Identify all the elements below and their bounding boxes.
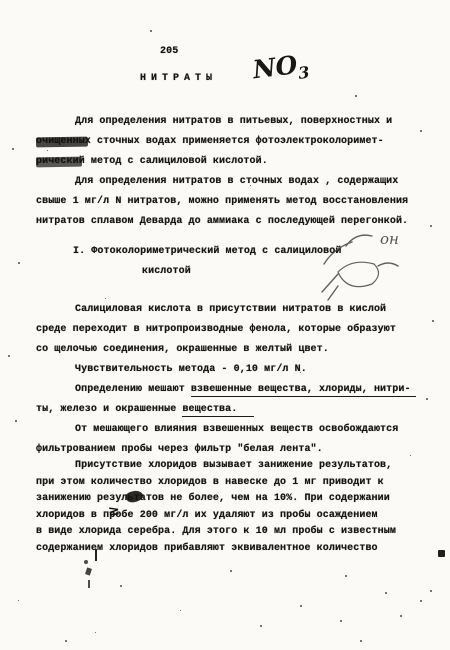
pencil-mark bbox=[85, 567, 92, 575]
pencil-mark bbox=[88, 580, 90, 588]
text-line: среде переходит в нитропроизводные фенол… bbox=[36, 320, 428, 340]
text-line: Салициловая кислота в присутствии нитрат… bbox=[36, 300, 428, 320]
text-segment: ты, железо и окрашенные bbox=[36, 404, 182, 415]
text-segment: Определению мешают bbox=[75, 384, 191, 395]
ink-blot-overtyped-word bbox=[36, 137, 88, 148]
text-line: Определению мешают взвешенные вещества, … bbox=[36, 380, 428, 400]
text-line: очищенных сточных водах применяется фото… bbox=[36, 132, 428, 152]
text-line: фильтрованием пробы через фильтр "белая … bbox=[36, 440, 428, 460]
text-line: рический метод с салициловой кислотой. bbox=[36, 152, 428, 172]
text-line: при этом количество хлоридов в навеске д… bbox=[36, 475, 428, 492]
text-line: со щелочью соединения, окрашенные в желт… bbox=[36, 340, 428, 360]
paragraph-intro-method: Для определения нитратов в питьевых, пов… bbox=[36, 112, 428, 172]
structure-oh-label: он bbox=[380, 230, 399, 248]
formula-subscript: 3 bbox=[297, 63, 310, 83]
underlined-phrase: взвешенные вещества, хлориды, нитри- bbox=[191, 384, 416, 397]
text-line: Для определения нитратов в питьевых, пов… bbox=[36, 112, 428, 132]
ink-blot-overtyped-word bbox=[36, 157, 82, 168]
page-number: 205 bbox=[160, 46, 178, 57]
pencil-mark bbox=[95, 549, 97, 561]
formula-base: NO bbox=[251, 50, 299, 84]
text-line: занижению результатов не более, чем на 1… bbox=[36, 491, 428, 508]
ink-blot-margin bbox=[438, 550, 445, 557]
text-line: Чувствительность метода - 0,10 мг/л N. bbox=[36, 360, 428, 380]
text-line: хлоридов в пробе 200 мг/л их удаляют из … bbox=[36, 508, 428, 525]
handwritten-gte-correction: ≥ bbox=[107, 502, 120, 519]
underlined-phrase: вещества. bbox=[182, 404, 254, 417]
paragraph-sensitivity: Чувствительность метода - 0,10 мг/л N. bbox=[36, 360, 428, 380]
paragraph-filtration: От мешающего влияния взвешенных веществ … bbox=[36, 420, 428, 460]
handwritten-nitrate-formula: NO3 bbox=[251, 49, 310, 89]
page-title: НИТРАТЫ bbox=[140, 73, 217, 84]
text-line: От мешающего влияния взвешенных веществ … bbox=[36, 420, 428, 440]
text-line: свыше 1 мг/л N нитратов, можно применять… bbox=[36, 192, 428, 212]
paragraph-interferences: Определению мешают взвешенные вещества, … bbox=[36, 380, 428, 420]
paragraph-reaction-principle: Салициловая кислота в присутствии нитрат… bbox=[36, 300, 428, 360]
salicylic-acid-structure-sketch: он bbox=[318, 226, 436, 309]
paragraph-chlorides: Присутствие хлоридов вызывает занижение … bbox=[36, 458, 428, 557]
text-line: Присутствие хлоридов вызывает занижение … bbox=[36, 458, 428, 475]
text-line: Для определения нитратов в сточных водах… bbox=[36, 172, 428, 192]
scanned-document-page: 205 НИТРАТЫ NO3 Для определения нитратов… bbox=[0, 0, 450, 650]
text-line: ты, железо и окрашенные вещества. bbox=[36, 400, 428, 420]
text-line: в виде хлорида серебра. Для этого к 10 м… bbox=[36, 524, 428, 541]
paragraph-devarda-method: Для определения нитратов в сточных водах… bbox=[36, 172, 428, 232]
pencil-mark bbox=[84, 560, 88, 564]
